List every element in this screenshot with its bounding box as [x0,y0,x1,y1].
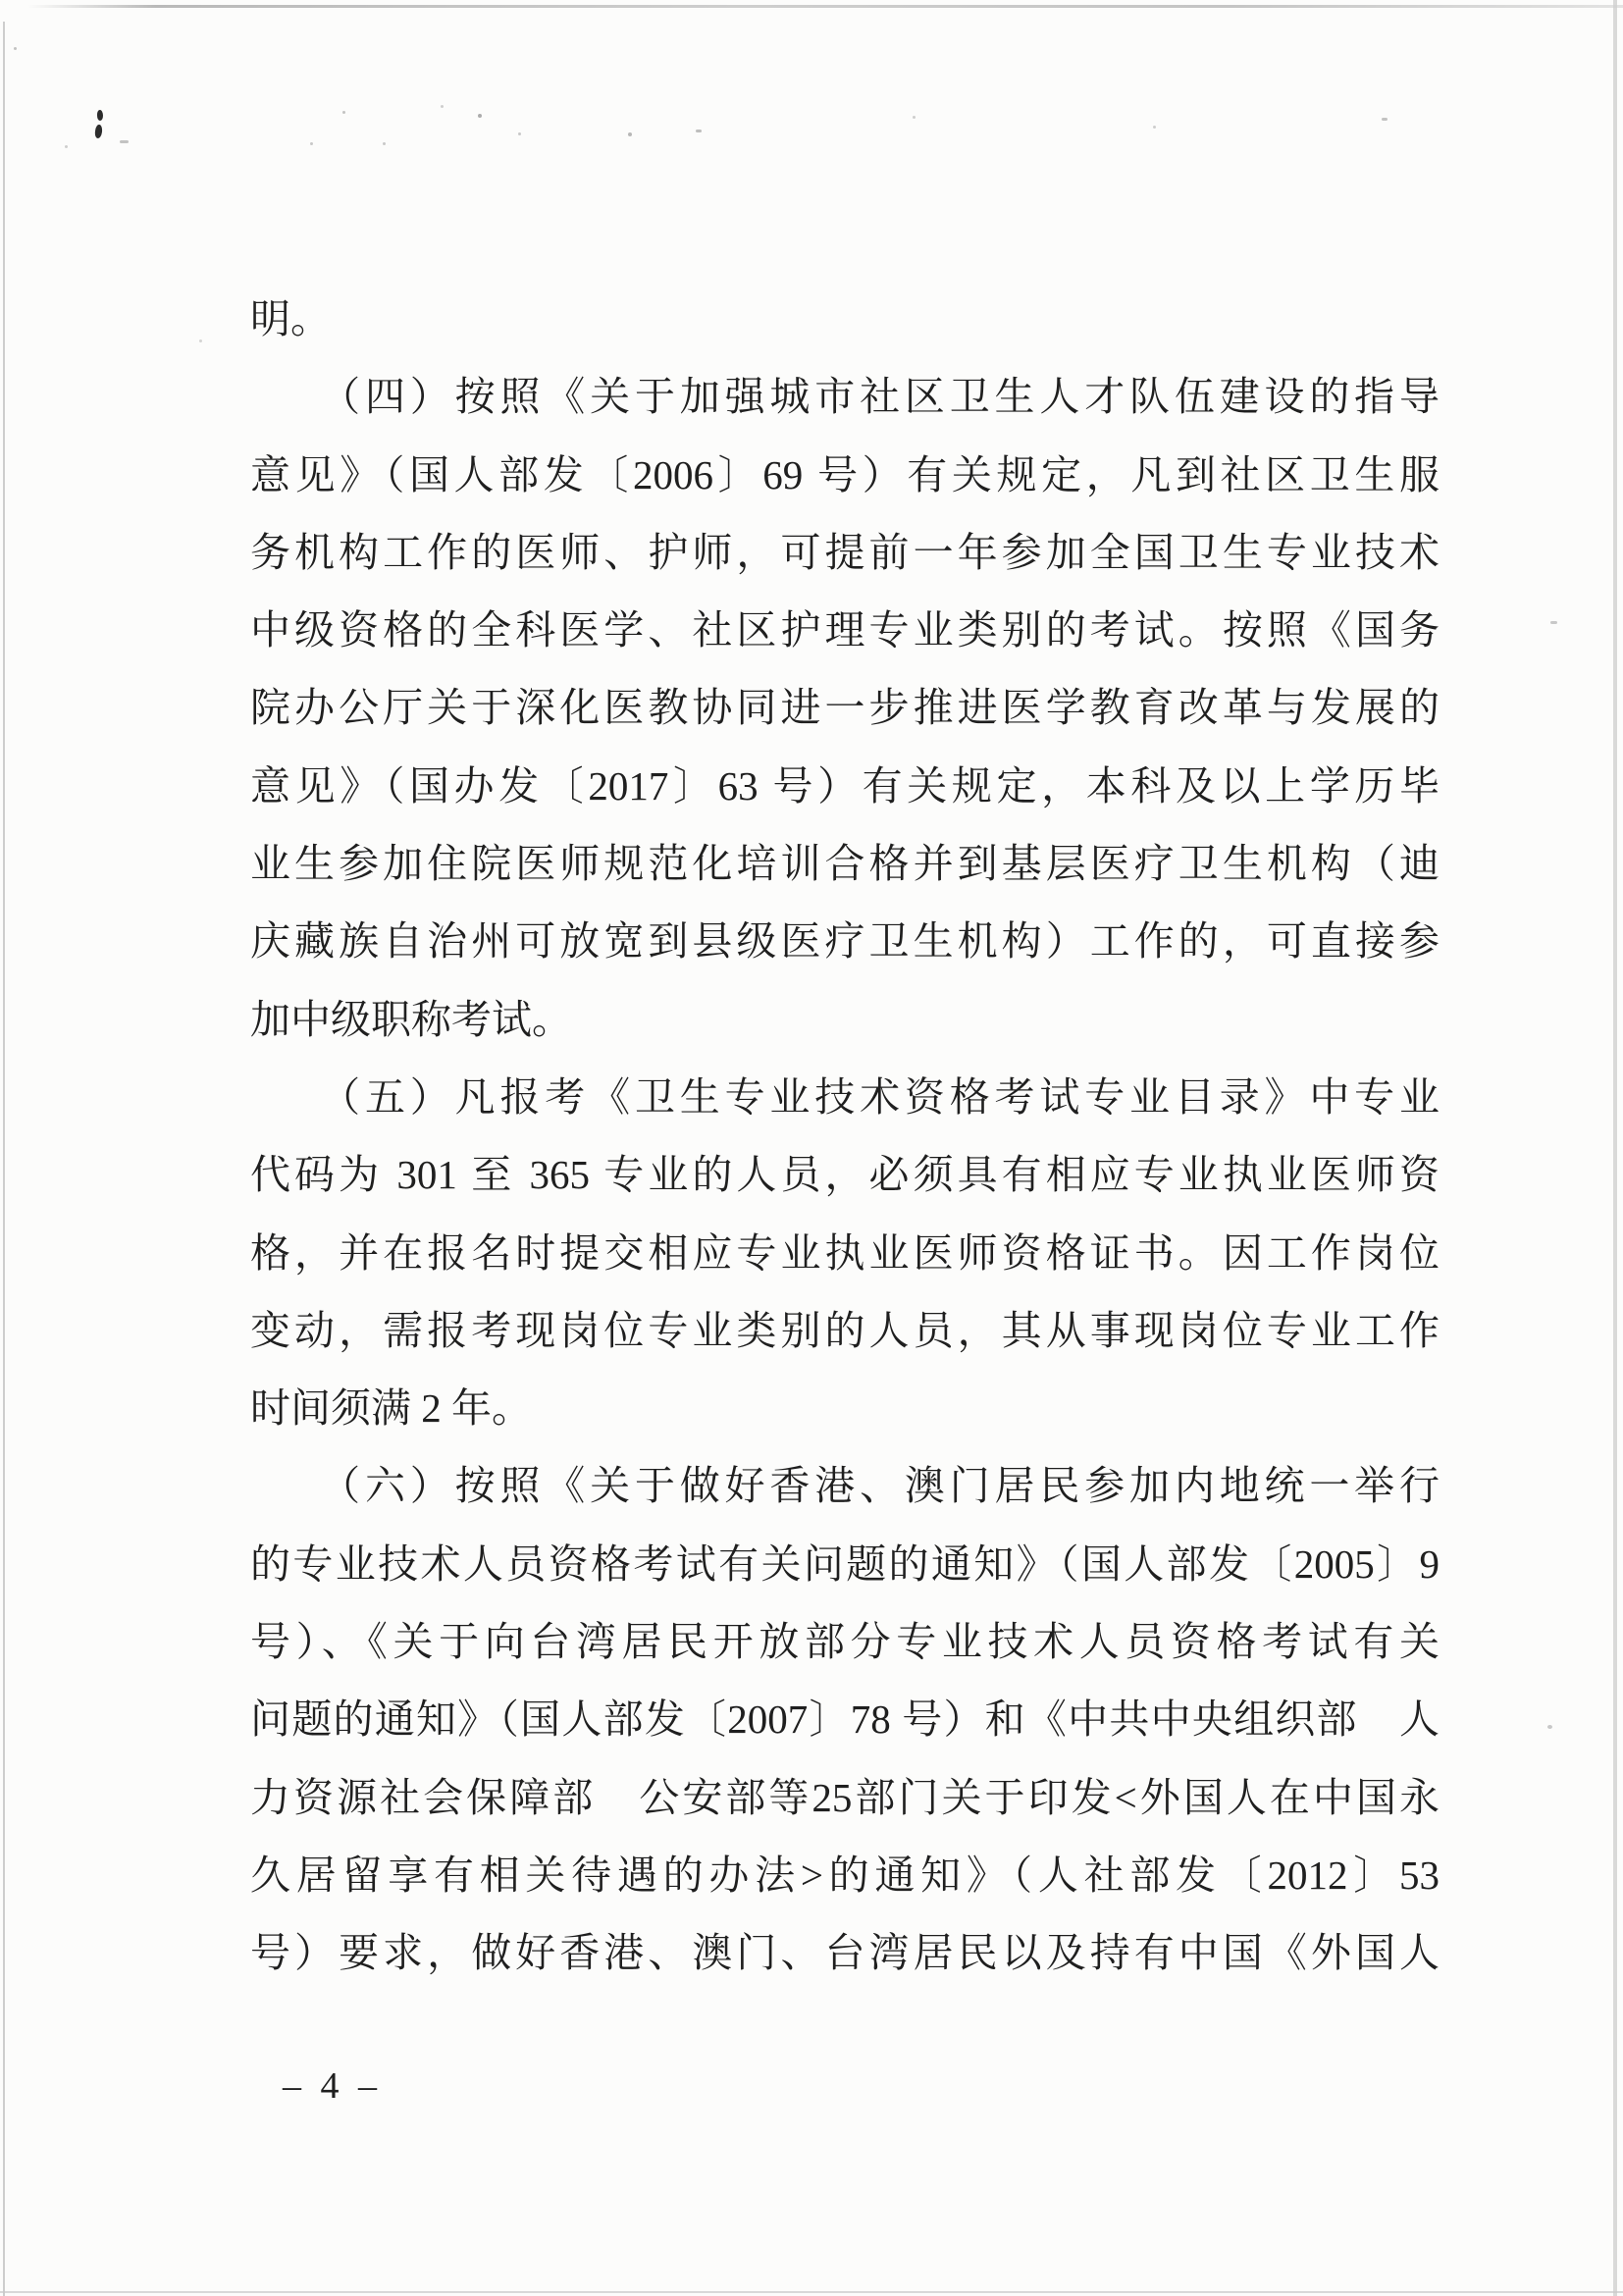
scan-speckle [913,116,916,119]
text-line: 号）、《关于向台湾居民开放部分专业技术人员资格考试有关 [250,1603,1440,1681]
text-line: 格，并在报名时提交相应专业执业医师资格证书。因工作岗位 [250,1215,1440,1292]
scan-speckle [1153,126,1156,129]
page-number: – 4 – [283,2064,382,2108]
text-line: 的专业技术人员资格考试有关问题的通知》（国人部发〔2005〕9 [250,1526,1440,1603]
scanned-document-page: 明。 （四）按照《关于加强城市社区卫生人才队伍建设的指导 意见》（国人部发〔20… [0,0,1623,2296]
scan-speckle [14,47,17,50]
scan-speckle [94,125,103,139]
scan-speckle [1550,621,1557,624]
text-line: 时间须满 2 年。 [250,1370,1440,1447]
scan-speckle [478,114,482,118]
text-line: （五）凡报考《卫生专业技术资格考试专业目录》中专业 [250,1059,1440,1136]
scan-speckle [1382,118,1387,121]
document-body: 明。 （四）按照《关于加强城市社区卫生人才队伍建设的指导 意见》（国人部发〔20… [250,281,1440,1993]
scan-speckle [441,105,444,108]
scan-speckle [518,132,521,135]
scan-speckle [628,132,632,136]
scan-speckle [310,142,313,145]
scan-edge-right [1613,0,1617,2296]
text-line: 务机构工作的医师、护师，可提前一年参加全国卫生专业技术 [250,514,1440,592]
scan-edge-bottom [0,2291,1623,2293]
scan-edge-left [3,22,5,2296]
scan-speckle [342,111,345,114]
text-line: 久居留享有相关待遇的办法>的通知》（人社部发〔2012〕53 [250,1837,1440,1914]
scan-speckle [383,142,386,145]
text-line: 明。 [250,281,1440,358]
text-line: 问题的通知》（国人部发〔2007〕78 号）和《中共中央组织部 人 [250,1681,1440,1758]
scan-speckle [696,130,702,132]
text-line: 院办公厅关于深化医教协同进一步推进医学教育改革与发展的 [250,669,1440,747]
text-line: （六）按照《关于做好香港、澳门居民参加内地统一举行 [250,1447,1440,1525]
text-line: 加中级职称考试。 [250,981,1440,1059]
text-line: 代码为 301 至 365 专业的人员，必须具有相应专业执业医师资 [250,1136,1440,1214]
text-line: 意见》（国办发〔2017〕63 号）有关规定，本科及以上学历毕 [250,748,1440,825]
text-line: 意见》（国人部发〔2006〕69 号）有关规定，凡到社区卫生服 [250,437,1440,514]
text-line: （四）按照《关于加强城市社区卫生人才队伍建设的指导 [250,358,1440,436]
scan-speckle [97,110,103,121]
text-line: 庆藏族自治州可放宽到县级医疗卫生机构）工作的，可直接参 [250,903,1440,980]
text-line: 业生参加住院医师规范化培训合格并到基层医疗卫生机构（迪 [250,825,1440,903]
scan-speckle [199,339,202,342]
text-line: 力资源社会保障部 公安部等25部门关于印发<外国人在中国永 [250,1759,1440,1837]
text-line: 变动，需报考现岗位专业类别的人员，其从事现岗位专业工作 [250,1292,1440,1370]
scan-speckle [120,140,129,143]
scan-speckle [65,145,68,148]
text-line: 中级资格的全科医学、社区护理专业类别的考试。按照《国务 [250,592,1440,669]
scan-edge-top [27,5,1623,8]
scan-speckle [1547,1725,1552,1729]
text-line: 号）要求，做好香港、澳门、台湾居民以及持有中国《外国人 [250,1914,1440,1992]
